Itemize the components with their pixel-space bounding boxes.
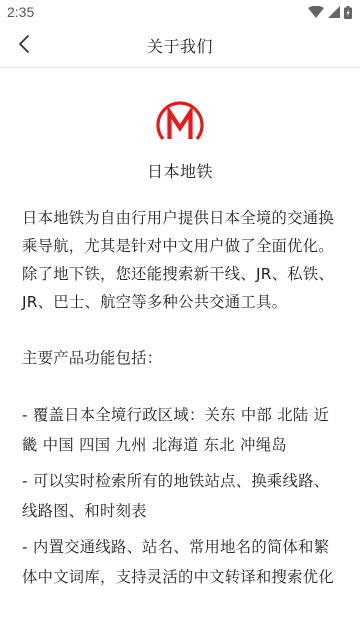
feature-item: - 内置交通线路、站名、常用地名的简体和繁体中文词库，支持灵活的中文转译和搜索优…: [22, 532, 338, 592]
metro-m-logo-icon: [154, 95, 206, 149]
brand-header: 日本地铁: [22, 95, 338, 182]
features-heading: 主要产品功能包括：: [22, 344, 338, 372]
feature-item: - 可以实时检索所有的地铁站点、换乘线路、线路图、和时刻表: [22, 466, 338, 526]
battery-charging-icon: [344, 6, 352, 19]
app-name: 日本地铁: [147, 159, 213, 182]
status-time: 2:35: [7, 4, 34, 20]
status-icons: [308, 6, 352, 19]
app-description: 日本地铁为自由行用户提供日本全境的交通换乘导航，尤其是针对中文用户做了全面优化。…: [22, 204, 338, 316]
feature-item: - 覆盖日本全境行政区域：关东 中部 北陆 近畿 中国 四国 九州 北海道 东北…: [22, 400, 338, 460]
about-content: 日本地铁 日本地铁为自由行用户提供日本全境的交通换乘导航，尤其是针对中文用户做了…: [0, 95, 360, 592]
wifi-icon: [308, 6, 324, 18]
app-bar: 关于我们: [0, 24, 360, 68]
chevron-left-icon: [17, 34, 31, 58]
page-title: 关于我们: [147, 34, 213, 57]
status-bar: 2:35: [0, 0, 360, 24]
cellular-signal-icon: [328, 6, 340, 18]
feature-list: - 覆盖日本全境行政区域：关东 中部 北陆 近畿 中国 四国 九州 北海道 东北…: [22, 400, 338, 592]
back-button[interactable]: [10, 32, 38, 60]
